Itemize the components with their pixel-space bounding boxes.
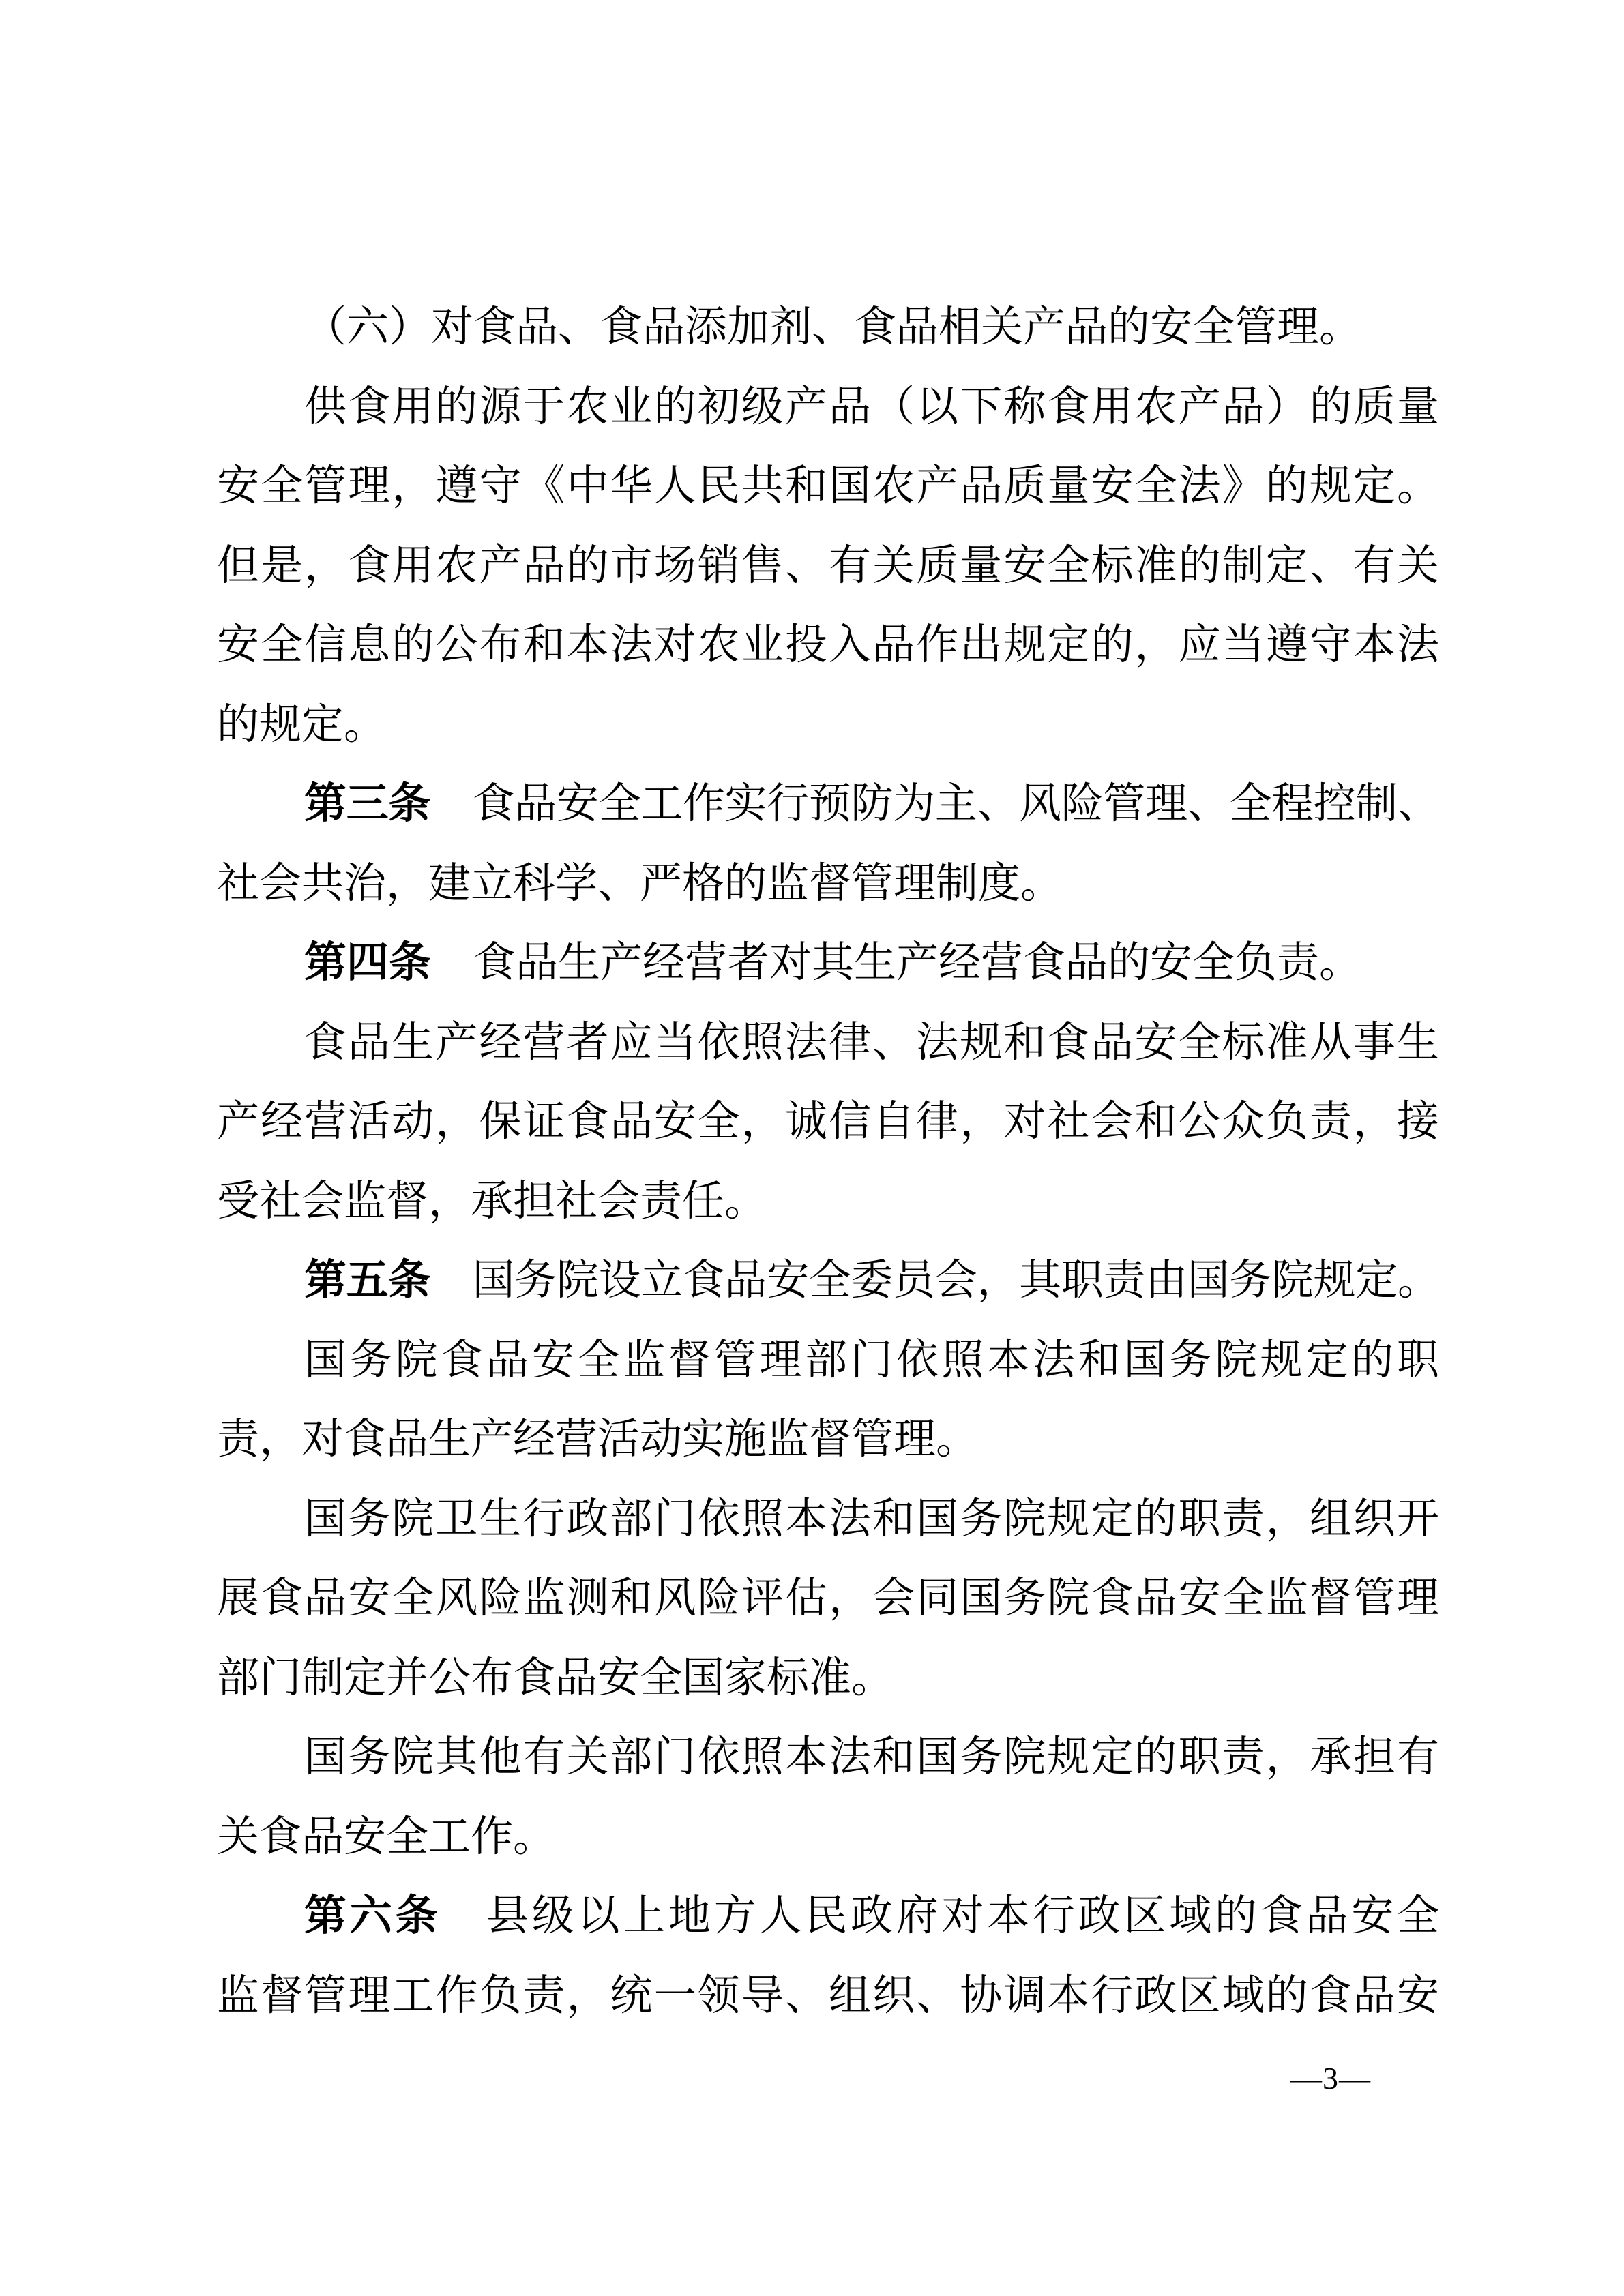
text-line: 供食用的源于农业的初级产品（以下称食用农产品）的质量 xyxy=(217,368,1439,447)
text-line: 国务院其他有关部门依照本法和国务院规定的职责，承担有 xyxy=(217,1718,1439,1798)
article-number: 第三条 xyxy=(304,780,430,827)
text-line: 国务院食品安全监督管理部门依照本法和国务院规定的职 xyxy=(217,1321,1439,1401)
text-line: 展食品安全风险监测和风险评估，会同国务院食品安全监督管理 xyxy=(217,1559,1439,1639)
article-number: 第六条 xyxy=(304,1892,441,1939)
text-line: 部门制定并公布食品安全国家标准。 xyxy=(217,1639,1439,1718)
text-line: （六）对食品、食品添加剂、食品相关产品的安全管理。 xyxy=(217,288,1439,368)
article-line: 第六条 县级以上地方人民政府对本行政区域的食品安全 xyxy=(217,1877,1439,1956)
text-line: 社会共治，建立科学、严格的监督管理制度。 xyxy=(217,844,1439,924)
text-line: 食品生产经营者应当依照法律、法规和食品安全标准从事生 xyxy=(217,1003,1439,1083)
text-line: 的规定。 xyxy=(217,685,1439,765)
document-page: （六）对食品、食品添加剂、食品相关产品的安全管理。供食用的源于农业的初级产品（以… xyxy=(0,0,1624,2296)
text-line: 受社会监督，承担社会责任。 xyxy=(217,1162,1439,1242)
article-number: 第五条 xyxy=(304,1257,430,1304)
article-number: 第四条 xyxy=(304,939,431,986)
text-line: 但是，食用农产品的市场销售、有关质量安全标准的制定、有关 xyxy=(217,526,1439,606)
article-line: 第四条 食品生产经营者对其生产经营食品的安全负责。 xyxy=(217,923,1439,1003)
document-body: （六）对食品、食品添加剂、食品相关产品的安全管理。供食用的源于农业的初级产品（以… xyxy=(217,288,1439,2036)
article-line: 第三条 食品安全工作实行预防为主、风险管理、全程控制、 xyxy=(217,764,1439,844)
text-line: 关食品安全工作。 xyxy=(217,1798,1439,1877)
text-line: 监督管理工作负责，统一领导、组织、协调本行政区域的食品安 xyxy=(217,1956,1439,2036)
page-number: —3— xyxy=(1290,2061,1371,2096)
text-line: 责，对食品生产经营活动实施监督管理。 xyxy=(217,1400,1439,1480)
article-line: 第五条 国务院设立食品安全委员会，其职责由国务院规定。 xyxy=(217,1241,1439,1321)
text-line: 安全管理，遵守《中华人民共和国农产品质量安全法》的规定。 xyxy=(217,447,1439,526)
text-line: 国务院卫生行政部门依照本法和国务院规定的职责，组织开 xyxy=(217,1480,1439,1560)
text-line: 安全信息的公布和本法对农业投入品作出规定的，应当遵守本法 xyxy=(217,606,1439,685)
text-line: 产经营活动，保证食品安全，诚信自律，对社会和公众负责，接 xyxy=(217,1082,1439,1162)
